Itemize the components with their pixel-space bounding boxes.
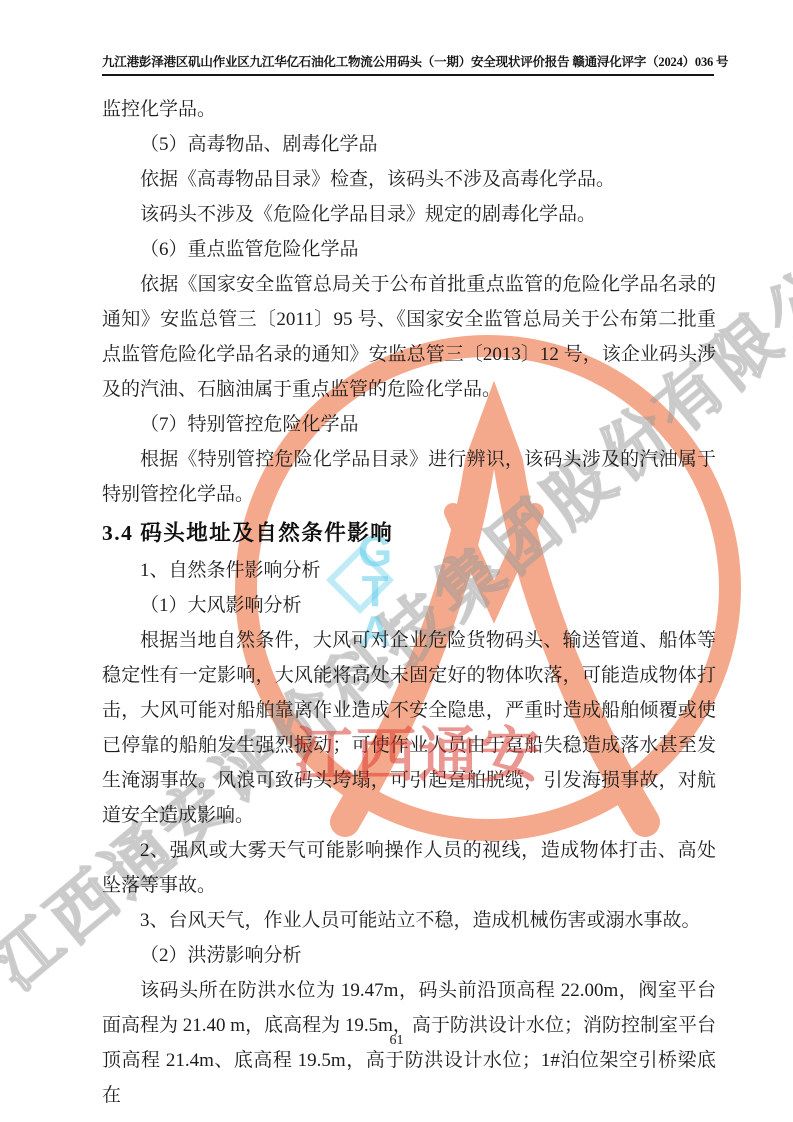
body-paragraph: 该码头不涉及《危险化学品目录》规定的剧毒化学品。 bbox=[102, 197, 716, 232]
body-paragraph: （6）重点监管危险化学品 bbox=[102, 232, 716, 267]
document-page: 江西通安评价科技集团股份有限公司 G T A 九江港彭泽港区矶山作业区九江华亿石… bbox=[0, 0, 793, 1122]
body-paragraph: 2、强风或大雾天气可能影响操作人员的视线，造成物体打击、高处坠落等事故。 bbox=[102, 833, 716, 903]
body-paragraph: （7）特别管控危险化学品 bbox=[102, 407, 716, 442]
body-paragraph: 根据《特别管控危险化学品目录》进行辨识，该码头涉及的汽油属于特别管控化学品。 bbox=[102, 442, 716, 512]
page-number: 61 bbox=[0, 1033, 793, 1049]
body-paragraph: 根据当地自然条件，大风可对企业危险货物码头、输送管道、船体等稳定性有一定影响，大… bbox=[102, 623, 716, 833]
body-paragraph: （2）洪涝影响分析 bbox=[102, 938, 716, 973]
body-paragraph: （1）大风影响分析 bbox=[102, 588, 716, 623]
body-paragraph: 监控化学品。 bbox=[102, 92, 716, 127]
document-body: 监控化学品。（5）高毒物品、剧毒化学品依据《高毒物品目录》检查，该码头不涉及高毒… bbox=[102, 92, 716, 1113]
section-heading: 3.4 码头地址及自然条件影响 bbox=[102, 514, 716, 552]
body-paragraph: （5）高毒物品、剧毒化学品 bbox=[102, 127, 716, 162]
body-paragraph: 依据《高毒物品目录》检查，该码头不涉及高毒化学品。 bbox=[102, 162, 716, 197]
body-paragraph: 1、自然条件影响分析 bbox=[102, 553, 716, 588]
page-header: 九江港彭泽港区矶山作业区九江华亿石油化工物流公用码头（一期）安全现状评价报告 赣… bbox=[102, 52, 714, 76]
body-paragraph: 依据《国家安全监管总局关于公布首批重点监管的危险化学品名录的通知》安监总管三〔2… bbox=[102, 267, 716, 407]
body-paragraph: 3、台风天气，作业人员可能站立不稳，造成机械伤害或溺水事故。 bbox=[102, 903, 716, 938]
